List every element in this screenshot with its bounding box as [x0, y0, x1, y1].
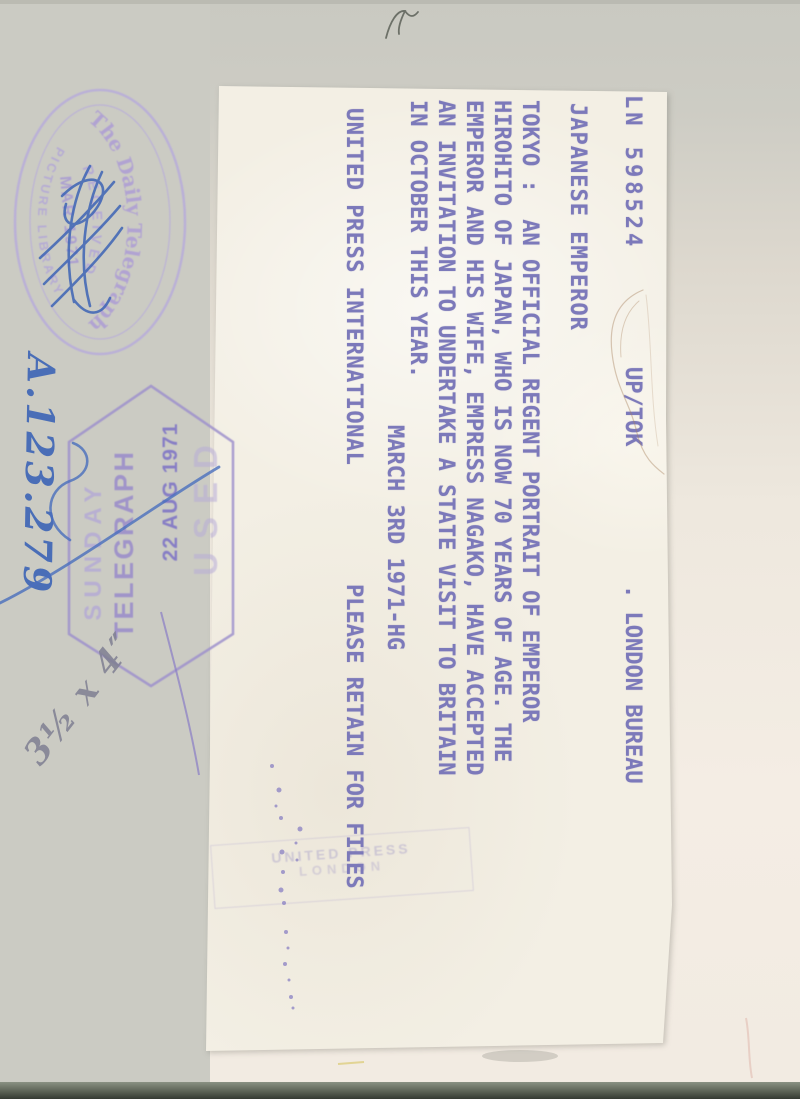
received-stamp: The Daily Telegraph RECEIVED MAR 1971 PI…: [12, 82, 192, 362]
caption-body-line: IN OCTOBER THIS YEAR.: [405, 100, 430, 378]
received-stamp-status: RECEIVED: [80, 163, 106, 281]
caption-body-line: TOKYO : AN OFFICIAL REGENT PORTRAIT OF E…: [517, 100, 542, 723]
received-stamp-date: MAR 1971: [56, 175, 81, 269]
used-stamp-date: 22 AUG 1971: [159, 423, 182, 562]
caption-body-line: HIROHITO OF JAPAN, WHO IS NOW 70 YEARS O…: [489, 100, 514, 762]
archive-ref-handwriting: A.123.279: [15, 353, 64, 595]
caption-body-line: EMPEROR AND HIS WIFE, EMPRESS NAGAKO, HA…: [461, 100, 486, 776]
typed-caption: LN 598524 UP/TOK . LONDON BUREAU JAPANES…: [305, 95, 645, 1095]
photo-back-scan: UNITED PRESS LONDON LN 598524 UP/TOK . L…: [0, 0, 800, 1099]
caption-reference: LN 598524: [620, 95, 645, 250]
caption-wire-code: UP/TOK: [620, 367, 645, 446]
used-stamp-publication-line2: TELEGRAPH: [109, 449, 139, 638]
used-stamp-publication-line1: SUNDAY: [80, 479, 107, 620]
used-stamp-status: USED: [187, 432, 224, 576]
caption-dateline: MARCH 3RD 1971-HG: [382, 425, 407, 650]
caption-agency: UNITED PRESS INTERNATIONAL: [341, 108, 366, 465]
used-stamp: SUNDAY TELEGRAPH 22 AUG 1971 USED: [61, 382, 241, 692]
caption-slug: JAPANESE EMPEROR: [565, 103, 590, 331]
caption-bureau: . LONDON BUREAU: [620, 585, 645, 784]
scan-bottom-band: [0, 1082, 800, 1099]
caption-retain-note: PLEASE RETAIN FOR FILES: [341, 584, 366, 889]
svg-text:RECEIVED: RECEIVED: [80, 163, 106, 281]
caption-body-line: AN INVITATION TO UNDERTAKE A STATE VISIT…: [433, 100, 458, 776]
